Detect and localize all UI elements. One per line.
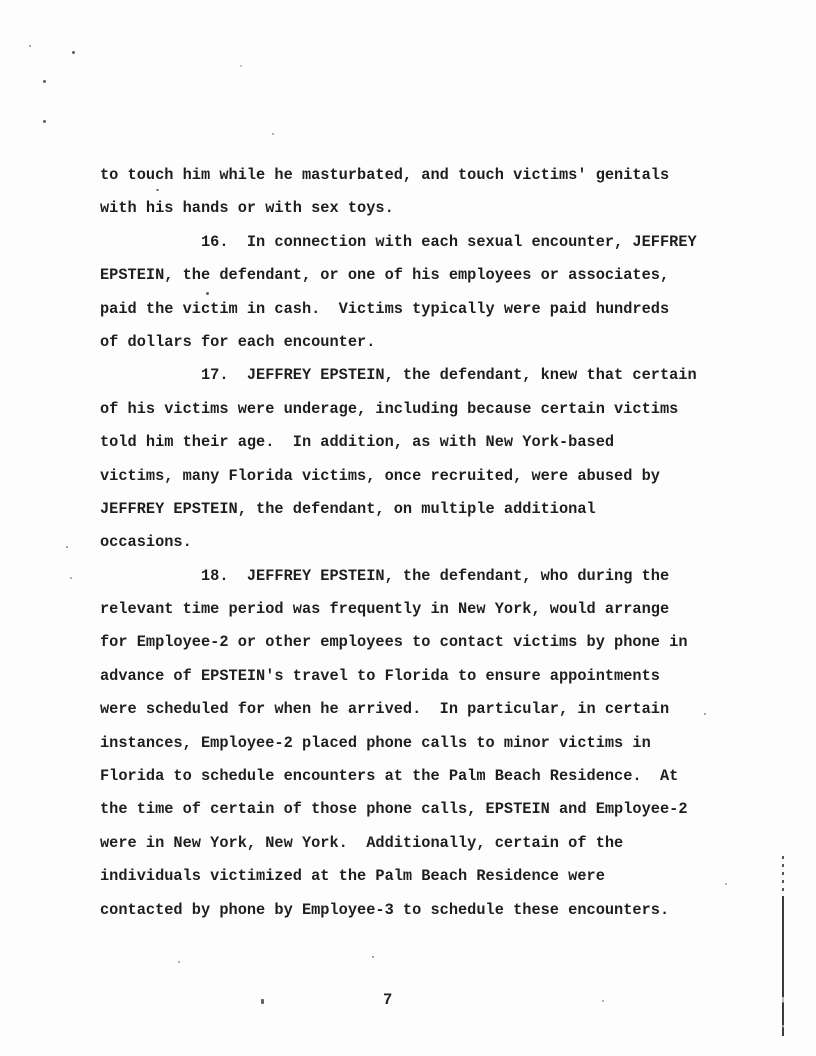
text-line paragraph-18-start: 18. JEFFREY EPSTEIN, the defendant, who … (100, 560, 720, 593)
text-line: EPSTEIN, the defendant, or one of his em… (100, 259, 720, 292)
text-line: occasions. (100, 526, 720, 559)
text-line: advance of EPSTEIN's travel to Florida t… (100, 660, 720, 693)
scan-artifact-vertical-line-dotted (782, 856, 784, 896)
scan-speck (261, 999, 264, 1004)
scan-speck (70, 577, 72, 579)
scan-speck (240, 65, 242, 67)
text-line: victims, many Florida victims, once recr… (100, 460, 720, 493)
text-line: were scheduled for when he arrived. In p… (100, 693, 720, 726)
text-line: the time of certain of those phone calls… (100, 793, 720, 826)
scan-speck (602, 1000, 604, 1002)
text-line: JEFFREY EPSTEIN, the defendant, on multi… (100, 493, 720, 526)
text-line: individuals victimized at the Palm Beach… (100, 860, 720, 893)
scan-speck (178, 961, 180, 963)
text-line: to touch him while he masturbated, and t… (100, 159, 720, 192)
scan-artifact-vertical-line (782, 896, 784, 1036)
text-line: Florida to schedule encounters at the Pa… (100, 760, 720, 793)
scan-speck (372, 956, 374, 958)
text-line: relevant time period was frequently in N… (100, 593, 720, 626)
text-line: told him their age. In addition, as with… (100, 426, 720, 459)
scan-speck (725, 883, 727, 885)
scan-speck (704, 713, 706, 715)
text-line: with his hands or with sex toys. (100, 192, 720, 225)
scan-speck (43, 120, 46, 123)
text-line: instances, Employee-2 placed phone calls… (100, 727, 720, 760)
text-line: of dollars for each encounter. (100, 326, 720, 359)
scan-speck (583, 872, 585, 877)
text-line: were in New York, New York. Additionally… (100, 827, 720, 860)
text-line: for Employee-2 or other employees to con… (100, 626, 720, 659)
text-line paragraph-16-start: 16. In connection with each sexual encou… (100, 226, 720, 259)
text-line: paid the victim in cash. Victims typical… (100, 293, 720, 326)
scan-speck (72, 51, 75, 54)
scan-speck (66, 546, 68, 548)
document-body-text: to touch him while he masturbated, and t… (100, 159, 720, 927)
scan-speck (29, 45, 31, 47)
text-line paragraph-17-start: 17. JEFFREY EPSTEIN, the defendant, knew… (100, 359, 720, 392)
scanned-document-page: to touch him while he masturbated, and t… (0, 0, 816, 1056)
text-line: contacted by phone by Employee-3 to sche… (100, 894, 720, 927)
scan-speck (206, 292, 209, 295)
page-number: 7 (383, 991, 392, 1009)
scan-speck (43, 80, 46, 83)
text-line: of his victims were underage, including … (100, 393, 720, 426)
scan-speck (272, 133, 274, 135)
scan-speck (156, 189, 159, 191)
